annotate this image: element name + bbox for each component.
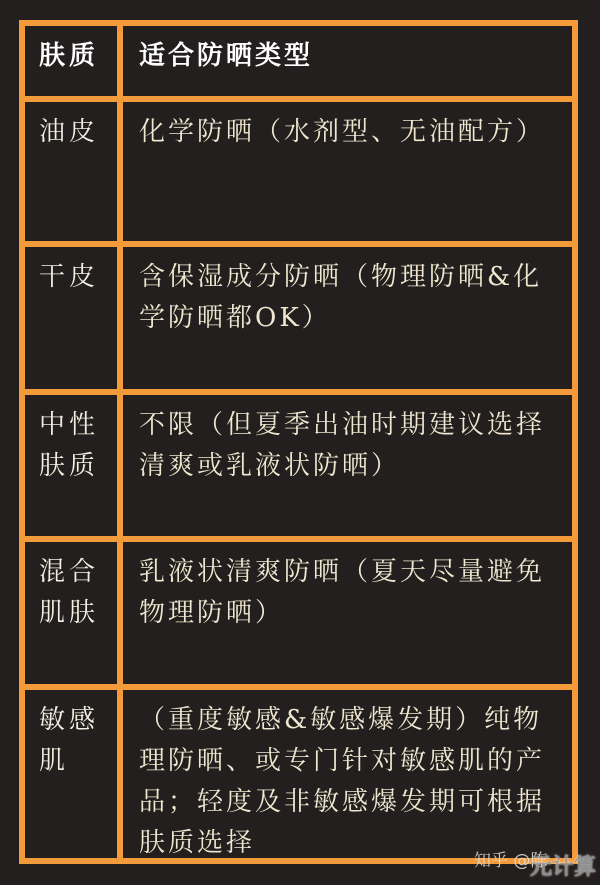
sunscreen-skin-type-table: 肤质 适合防晒类型 油皮 化学防晒（水剂型、无油配方） 干皮 含保湿成分防晒（物… xyxy=(19,20,578,864)
header-skin-type: 肤质 xyxy=(25,26,117,96)
recommendation-cell: 含保湿成分防晒（物理防晒&化学防晒都OK） xyxy=(123,247,572,389)
skin-type-cell: 敏感肌 xyxy=(25,690,117,858)
skin-type-cell: 中性肤质 xyxy=(25,395,117,536)
table-row: 油皮 化学防晒（水剂型、无油配方） xyxy=(25,96,572,247)
skin-type-cell: 油皮 xyxy=(25,102,117,247)
skin-type-cell: 干皮 xyxy=(25,247,117,389)
recommendation-cell: 乳液状清爽防晒（夏天尽量避免物理防晒） xyxy=(123,542,572,684)
table-row: 混合肌肤 乳液状清爽防晒（夏天尽量避免物理防晒） xyxy=(25,536,572,684)
table-row: 敏感肌 （重度敏感&敏感爆发期）纯物理防晒、或专门针对敏感肌的产品；轻度及非敏感… xyxy=(25,684,572,858)
table-row: 干皮 含保湿成分防晒（物理防晒&化学防晒都OK） xyxy=(25,241,572,389)
overlay-watermark: 元计算 xyxy=(530,850,596,881)
skin-type-cell: 混合肌肤 xyxy=(25,542,117,684)
table-row: 中性肤质 不限（但夏季出油时期建议选择清爽或乳液状防晒） xyxy=(25,389,572,536)
recommendation-cell: （重度敏感&敏感爆发期）纯物理防晒、或专门针对敏感肌的产品；轻度及非敏感爆发期可… xyxy=(123,690,572,858)
recommendation-cell: 不限（但夏季出油时期建议选择清爽或乳液状防晒） xyxy=(123,395,572,536)
header-sunscreen-type: 适合防晒类型 xyxy=(123,26,572,96)
table-header-row: 肤质 适合防晒类型 xyxy=(25,26,572,96)
recommendation-cell: 化学防晒（水剂型、无油配方） xyxy=(123,102,572,247)
